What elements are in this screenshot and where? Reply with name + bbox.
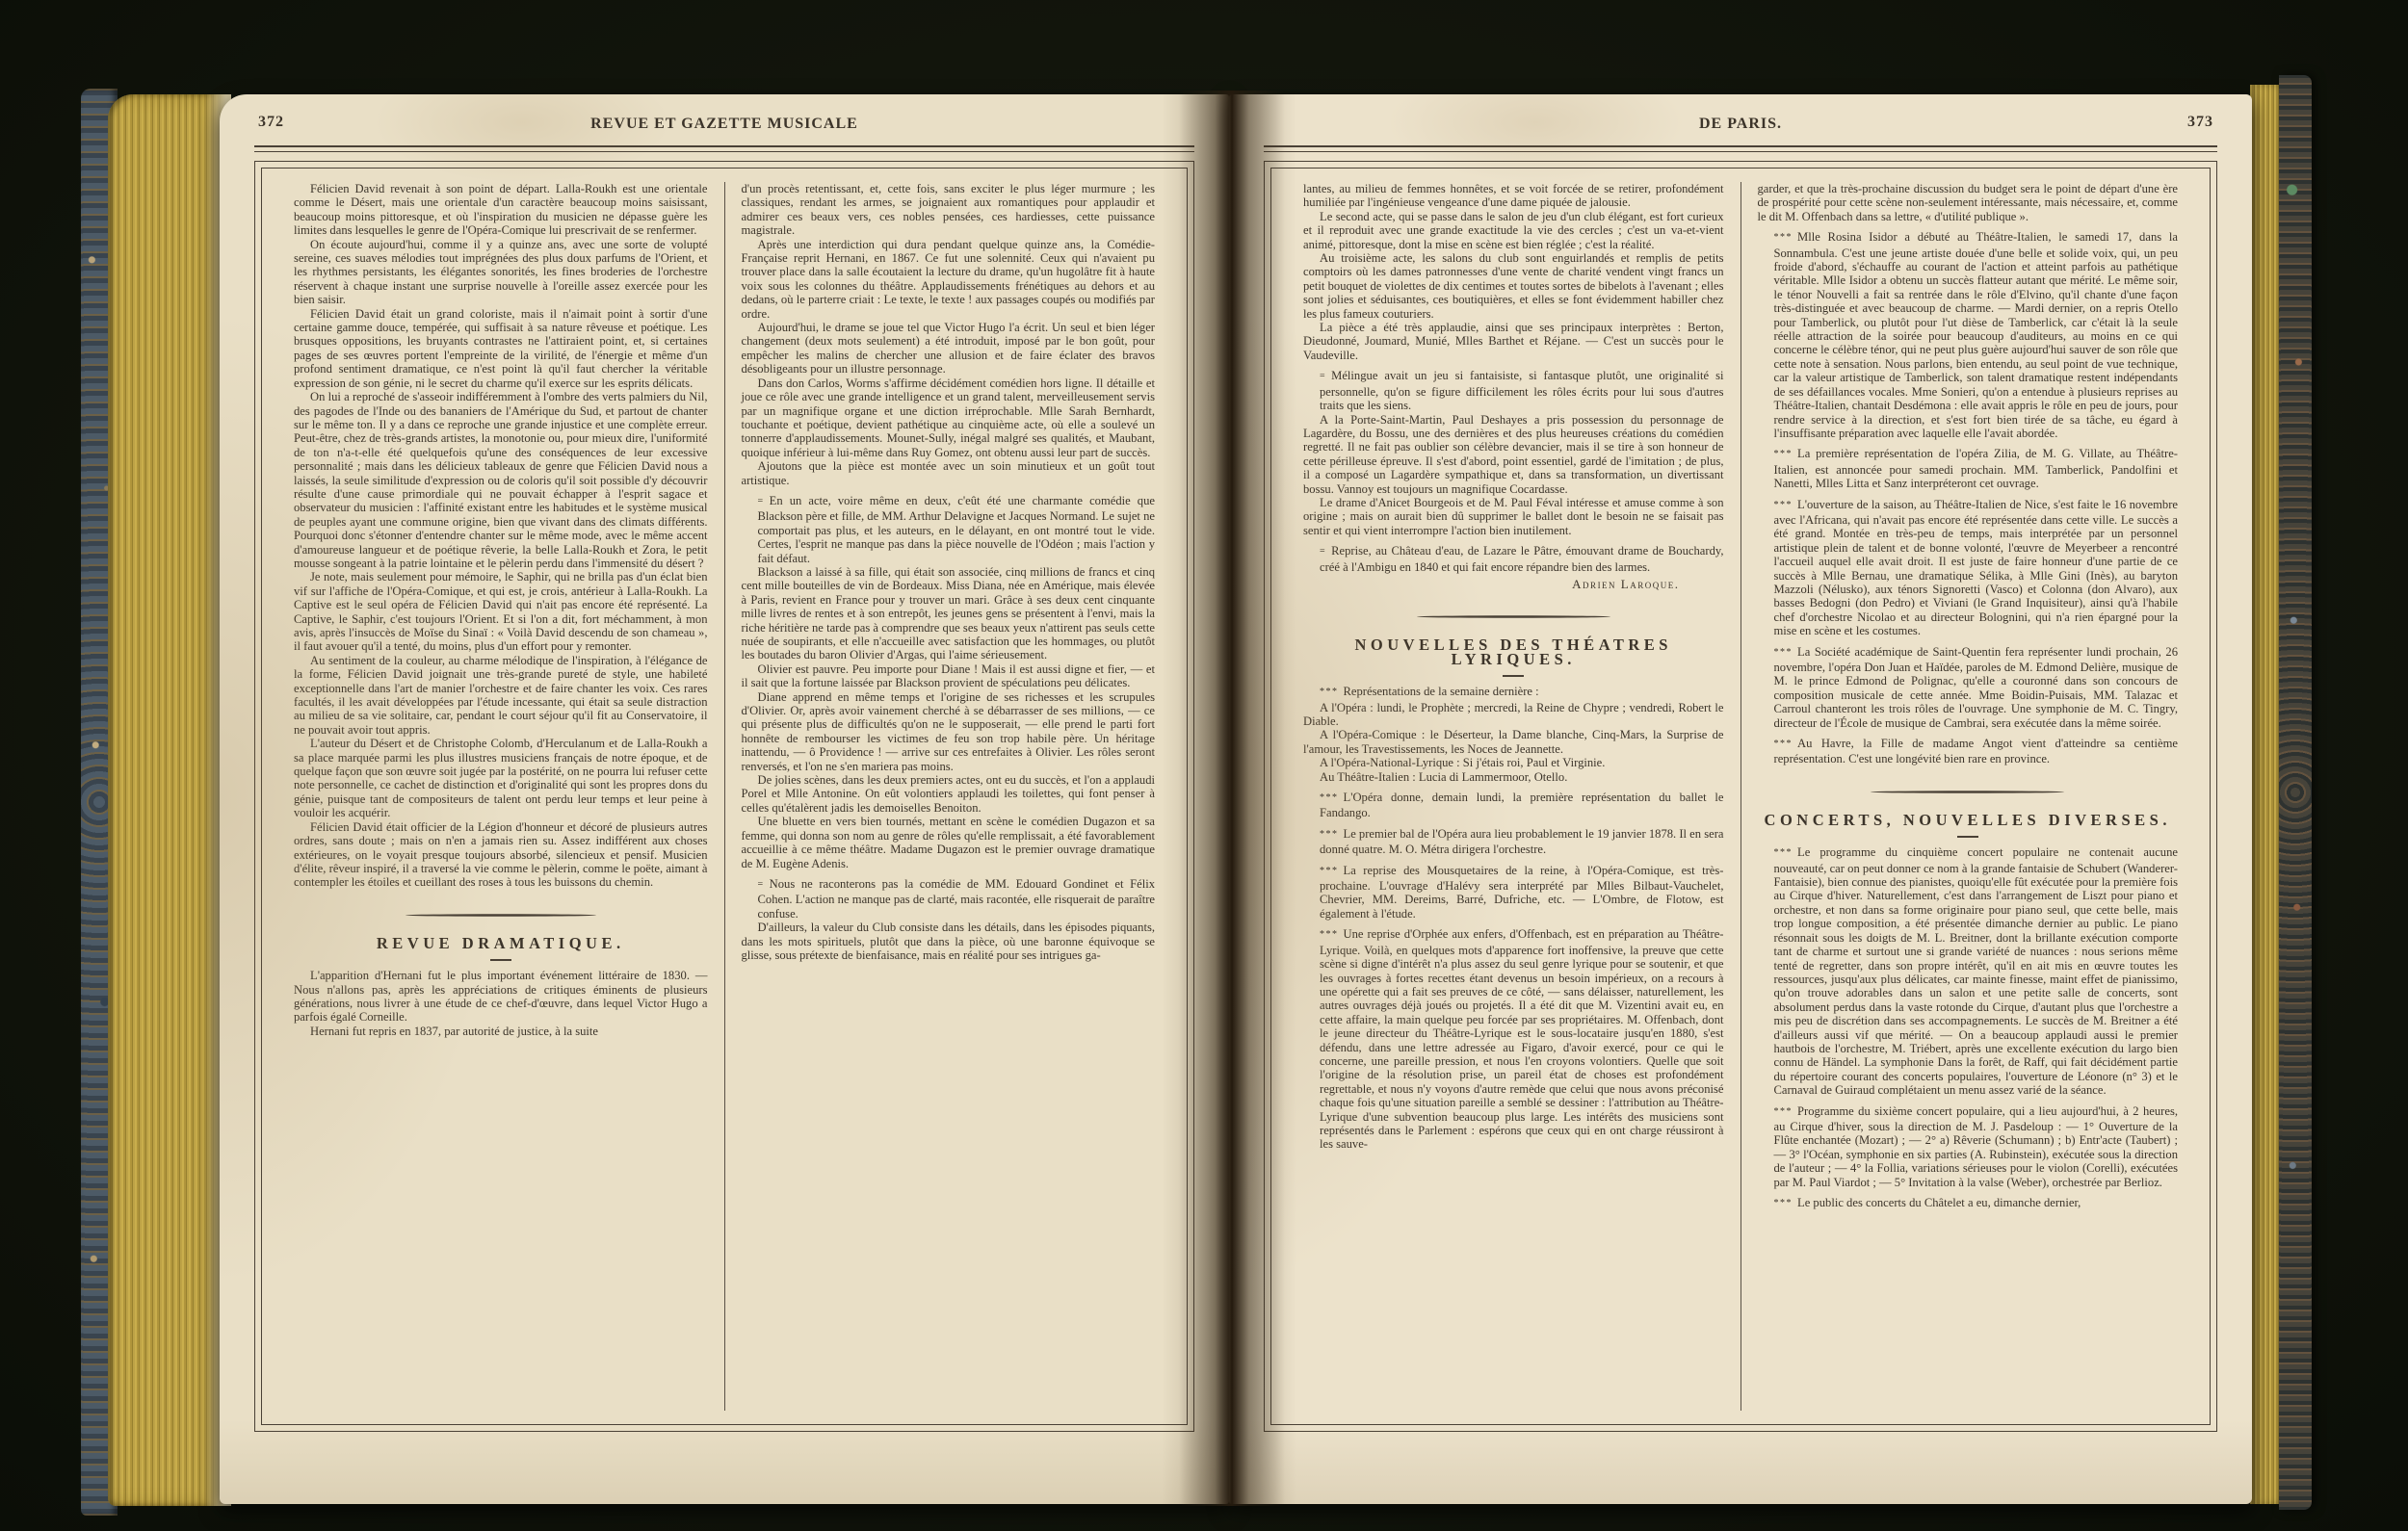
signature: Adrien Laroque. (1303, 578, 1724, 591)
columns-right-page: lantes, au milieu de femmes honnêtes, et… (1287, 182, 2194, 1411)
separator-rule (1871, 791, 2064, 793)
paragraph: Ajoutons que la pièce est montée avec un… (742, 459, 1156, 487)
paragraph-continuation: lantes, au milieu de femmes honnêtes, et… (1303, 182, 1724, 210)
paragraph: ***Programme du sixième concert populair… (1758, 1104, 2179, 1189)
asterism-mark: *** (1774, 739, 1793, 749)
head-rule-left (254, 145, 1194, 152)
text-frame-inner-left: Félicien David revenait à son point de d… (261, 168, 1188, 1425)
paragraph: ***L'ouverture de la saison, au Théâtre-… (1758, 498, 2179, 638)
paragraph: L'apparition d'Hernani fut le plus impor… (294, 969, 708, 1025)
book-scan: 372 REVUE ET GAZETTE MUSICALE Félicien D… (0, 0, 2408, 1531)
paragraph: Au troisième acte, les salons du club so… (1303, 251, 1724, 321)
paragraph: L'auteur du Désert et de Christophe Colo… (294, 737, 708, 819)
equals-mark: = (758, 496, 765, 506)
paragraph: Blackson a laissé à sa fille, qui était … (742, 565, 1156, 662)
paragraph: On lui a reproché de s'asseoir indiffére… (294, 390, 708, 570)
paragraph: =Nous ne raconterons pas la comédie de M… (742, 877, 1156, 921)
paragraph: =En un acte, voire même en deux, c'eût é… (742, 494, 1156, 565)
paragraph: Hernani fut repris en 1837, par autorité… (294, 1025, 708, 1038)
asterism-mark: *** (1320, 866, 1339, 876)
asterism-mark: *** (1320, 687, 1339, 697)
paragraph: Au Théâtre-Italien : Lucia di Lammermoor… (1303, 770, 1724, 784)
asterism-mark: *** (1320, 792, 1339, 803)
paragraph: Félicien David était officier de la Légi… (294, 820, 708, 890)
paragraph: ***Mlle Rosina Isidor a débuté au Théâtr… (1758, 230, 2179, 440)
equals-mark: = (1320, 371, 1326, 381)
running-head-left: 372 REVUE ET GAZETTE MUSICALE (254, 94, 1194, 139)
left-page: 372 REVUE ET GAZETTE MUSICALE Félicien D… (220, 94, 1229, 1504)
columns-left-page: Félicien David revenait à son point de d… (277, 182, 1171, 1411)
paragraph: ***Une reprise d'Orphée aux enfers, d'Of… (1303, 927, 1724, 1152)
asterism-mark: *** (1774, 847, 1793, 858)
paragraph: ***La reprise des Mousquetaires de la re… (1303, 864, 1724, 921)
running-title-left: REVUE ET GAZETTE MUSICALE (254, 116, 1194, 133)
paragraph: ***Le programme du cinquième concert pop… (1758, 845, 2179, 1097)
paragraph: Félicien David revenait à son point de d… (294, 182, 708, 238)
asterism-mark: *** (1774, 232, 1793, 243)
paragraph: Olivier est pauvre. Peu importe pour Dia… (742, 662, 1156, 690)
paragraph: ***La Société académique de Saint-Quenti… (1758, 645, 2179, 730)
paragraph: A l'Opéra : lundi, le Prophète ; mercred… (1303, 701, 1724, 729)
paragraph: La pièce a été très applaudie, ainsi que… (1303, 321, 1724, 362)
paragraph: ***La première représentation de l'opéra… (1758, 447, 2179, 490)
paragraph: A la Porte-Saint-Martin, Paul Deshayes a… (1303, 413, 1724, 496)
paragraph: Le second acte, qui se passe dans le sal… (1303, 210, 1724, 251)
running-head-right: DE PARIS. 373 (1264, 94, 2217, 139)
equals-mark: = (1320, 546, 1326, 557)
paragraph: ***Représentations de la semaine dernièr… (1303, 685, 1724, 700)
page-edges-right (2250, 85, 2279, 1504)
paragraph: ***Le public des concerts du Châtelet a … (1758, 1196, 2179, 1211)
asterism-mark: *** (1320, 929, 1339, 940)
paragraph: Dans don Carlos, Worms s'affirme décidém… (742, 376, 1156, 459)
text-column-4: garder, et que la très-prochaine discuss… (1741, 182, 2195, 1411)
paragraph: De jolies scènes, dans les deux premiers… (742, 773, 1156, 815)
paragraph: A l'Opéra-Comique : le Déserteur, la Dam… (1303, 728, 1724, 756)
marbled-cover-right (2279, 75, 2312, 1510)
page-number-right: 373 (2187, 114, 2213, 131)
page-edges-left (108, 94, 225, 1506)
paragraph-continuation: garder, et que la très-prochaine discuss… (1758, 182, 2179, 223)
text-column-3: lantes, au milieu de femmes honnêtes, et… (1287, 182, 1741, 1411)
asterism-mark: *** (1320, 829, 1339, 840)
section-heading: NOUVELLES DES THÉATRES LYRIQUES. (1303, 638, 1724, 677)
equals-mark: = (758, 879, 765, 890)
paragraph: Félicien David était un grand coloriste,… (294, 307, 708, 390)
head-rule-right (1264, 145, 2217, 152)
paragraph: Diane apprend en même temps et l'origine… (742, 690, 1156, 773)
text-frame-left: Félicien David revenait à son point de d… (254, 161, 1194, 1432)
paragraph: ***Au Havre, la Fille de madame Angot vi… (1758, 737, 2179, 766)
asterism-mark: *** (1774, 500, 1793, 510)
text-frame-right: lantes, au milieu de femmes honnêtes, et… (1264, 161, 2217, 1432)
asterism-mark: *** (1774, 449, 1793, 459)
paragraph: ***L'Opéra donne, demain lundi, la premi… (1303, 791, 1724, 820)
paragraph: ***Le premier bal de l'Opéra aura lieu p… (1303, 827, 1724, 857)
paragraph: Le drame d'Anicet Bourgeois et de M. Pau… (1303, 496, 1724, 537)
paragraph: On écoute aujourd'hui, comme il y a quin… (294, 238, 708, 307)
paragraph: Après une interdiction qui dura pendant … (742, 238, 1156, 321)
separator-rule (1417, 616, 1610, 619)
asterism-mark: *** (1774, 647, 1793, 658)
paragraph: Une bluette en vers bien tournés, mettan… (742, 815, 1156, 870)
paragraph: =Mélingue avait un jeu si fantaisiste, s… (1303, 369, 1724, 412)
asterism-mark: *** (1774, 1106, 1793, 1117)
paragraph: =Reprise, au Château d'eau, de Lazare le… (1303, 544, 1724, 574)
section-heading: CONCERTS, NOUVELLES DIVERSES. (1758, 814, 2179, 838)
right-page: DE PARIS. 373 lantes, au milieu de femme… (1229, 94, 2252, 1504)
section-heading: REVUE DRAMATIQUE. (294, 937, 708, 961)
paragraph: Aujourd'hui, le drame se joue tel que Vi… (742, 321, 1156, 376)
page-number-left: 372 (258, 114, 284, 131)
paragraph: Je note, mais seulement pour mémoire, le… (294, 570, 708, 653)
paragraph: A l'Opéra-National-Lyrique : Si j'étais … (1303, 756, 1724, 769)
paragraph: Au sentiment de la couleur, au charme mé… (294, 654, 708, 737)
paragraph-continuation: d'un procès retentissant, et, cette fois… (742, 182, 1156, 238)
paragraph: D'ailleurs, la valeur du Club consiste d… (742, 921, 1156, 962)
text-frame-inner-right: lantes, au milieu de femmes honnêtes, et… (1270, 168, 2211, 1425)
text-column-1: Félicien David revenait à son point de d… (277, 182, 724, 1411)
asterism-mark: *** (1774, 1198, 1793, 1208)
separator-rule (406, 914, 596, 917)
text-column-2: d'un procès retentissant, et, cette fois… (724, 182, 1172, 1411)
running-title-right: DE PARIS. (1264, 116, 2217, 133)
